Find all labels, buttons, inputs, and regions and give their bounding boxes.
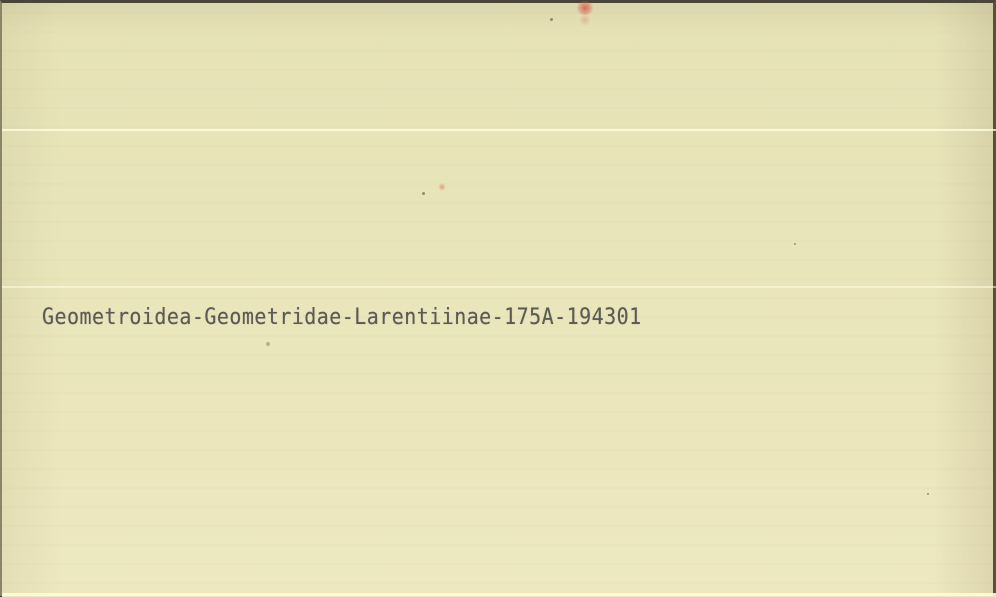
red-ink-dot [438,183,446,191]
paper-speck [422,192,425,195]
paper-speck [550,18,553,21]
paper-speck [927,493,929,495]
paper-speck [266,342,270,346]
taxonomy-typed-line: Geometroidea-Geometridae-Larentiinae-175… [42,303,642,329]
ruled-line [2,286,996,288]
paper-speck [794,243,796,245]
ruled-line [2,129,996,131]
red-ink-smudge [580,13,590,27]
index-card: Geometroidea-Geometridae-Larentiinae-175… [0,0,996,596]
